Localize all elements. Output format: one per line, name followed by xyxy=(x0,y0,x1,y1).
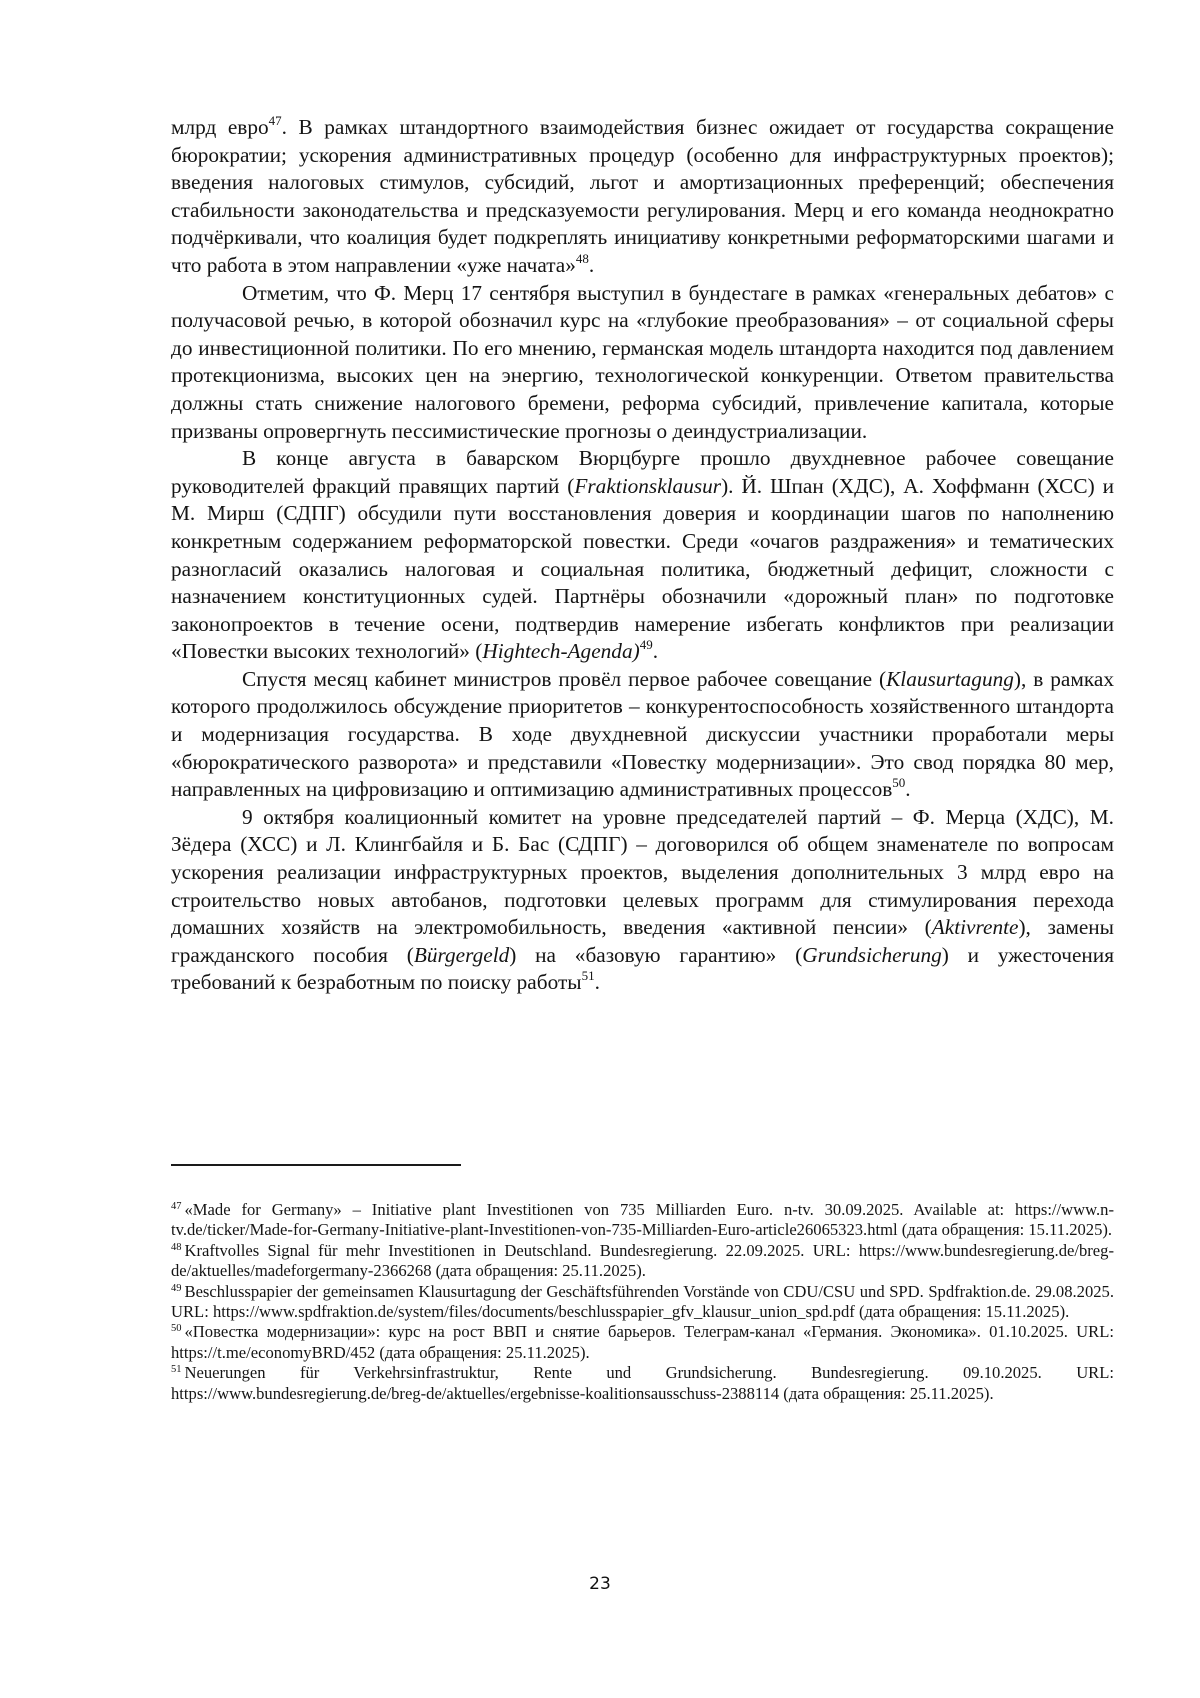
text-run: . xyxy=(589,253,594,277)
text-run: ). Й. Шпан (ХДС), А. Хоффманн (ХСС) и М.… xyxy=(171,474,1114,664)
paragraph-3: В конце августа в баварском Вюрцбурге пр… xyxy=(171,445,1114,666)
italic-term: Klausurtagung xyxy=(886,667,1014,691)
footnote-text: Beschlusspapier der gemeinsamen Klausurt… xyxy=(171,1282,1114,1321)
page-number: 23 xyxy=(0,1574,1200,1594)
footnote-number: 47 xyxy=(171,1201,182,1212)
footnote-reference[interactable]: 49 xyxy=(640,637,653,652)
text-run: Отметим, что Ф. Мерц 17 сентября выступи… xyxy=(171,281,1114,443)
text-run: . xyxy=(905,777,910,801)
text-run: . В рамках штандортного взаимодействия б… xyxy=(171,115,1114,277)
italic-term: Fraktionsklausur xyxy=(574,474,721,498)
footnote-reference[interactable]: 48 xyxy=(576,251,589,266)
footnote-50: 50«Повестка модернизации»: курс на рост … xyxy=(171,1322,1114,1363)
italic-term: Grundsicherung xyxy=(802,943,942,967)
footnote-51: 51Neuerungen für Verkehrsinfrastruktur, … xyxy=(171,1363,1114,1404)
footnote-text: Neuerungen für Verkehrsinfrastruktur, Re… xyxy=(171,1363,1114,1402)
footnote-48: 48Kraftvolles Signal für mehr Investitio… xyxy=(171,1241,1114,1282)
footnote-text: Kraftvolles Signal für mehr Investitione… xyxy=(171,1241,1114,1280)
italic-term: Hightech-Agenda) xyxy=(482,639,639,663)
footnote-number: 50 xyxy=(171,1323,182,1334)
paragraph-2: Отметим, что Ф. Мерц 17 сентября выступи… xyxy=(171,280,1114,446)
text-run: . xyxy=(595,970,600,994)
text-run: Спустя месяц кабинет министров провёл пе… xyxy=(242,667,886,691)
footnote-47: 47«Made for Germany» – Initiative plant … xyxy=(171,1200,1114,1241)
footnotes: 47«Made for Germany» – Initiative plant … xyxy=(171,1200,1114,1404)
footnote-number: 48 xyxy=(171,1242,182,1253)
italic-term: Aktivrente xyxy=(932,915,1019,939)
paragraph-5: 9 октября коалиционный комитет на уровне… xyxy=(171,804,1114,997)
text-run: ) на «базовую гарантию» ( xyxy=(509,943,802,967)
document-page: млрд евро47. В рамках штандортного взаим… xyxy=(0,0,1200,1698)
text-run: млрд евро xyxy=(171,115,269,139)
footnote-number: 49 xyxy=(171,1283,182,1294)
footnote-number: 51 xyxy=(171,1364,182,1375)
body-text: млрд евро47. В рамках штандортного взаим… xyxy=(171,114,1114,997)
paragraph-1: млрд евро47. В рамках штандортного взаим… xyxy=(171,114,1114,280)
text-run: . xyxy=(653,639,658,663)
footnote-separator xyxy=(171,1164,461,1166)
footnote-reference[interactable]: 50 xyxy=(892,775,905,790)
footnote-reference[interactable]: 47 xyxy=(269,113,282,128)
paragraph-4: Спустя месяц кабинет министров провёл пе… xyxy=(171,666,1114,804)
footnote-reference[interactable]: 51 xyxy=(582,968,595,983)
footnote-49: 49Beschlusspapier der gemeinsamen Klausu… xyxy=(171,1282,1114,1323)
footnote-text: «Повестка модернизации»: курс на рост ВВ… xyxy=(171,1322,1114,1361)
italic-term: Bürgergeld xyxy=(414,943,509,967)
footnote-text: «Made for Germany» – Initiative plant In… xyxy=(171,1200,1114,1239)
